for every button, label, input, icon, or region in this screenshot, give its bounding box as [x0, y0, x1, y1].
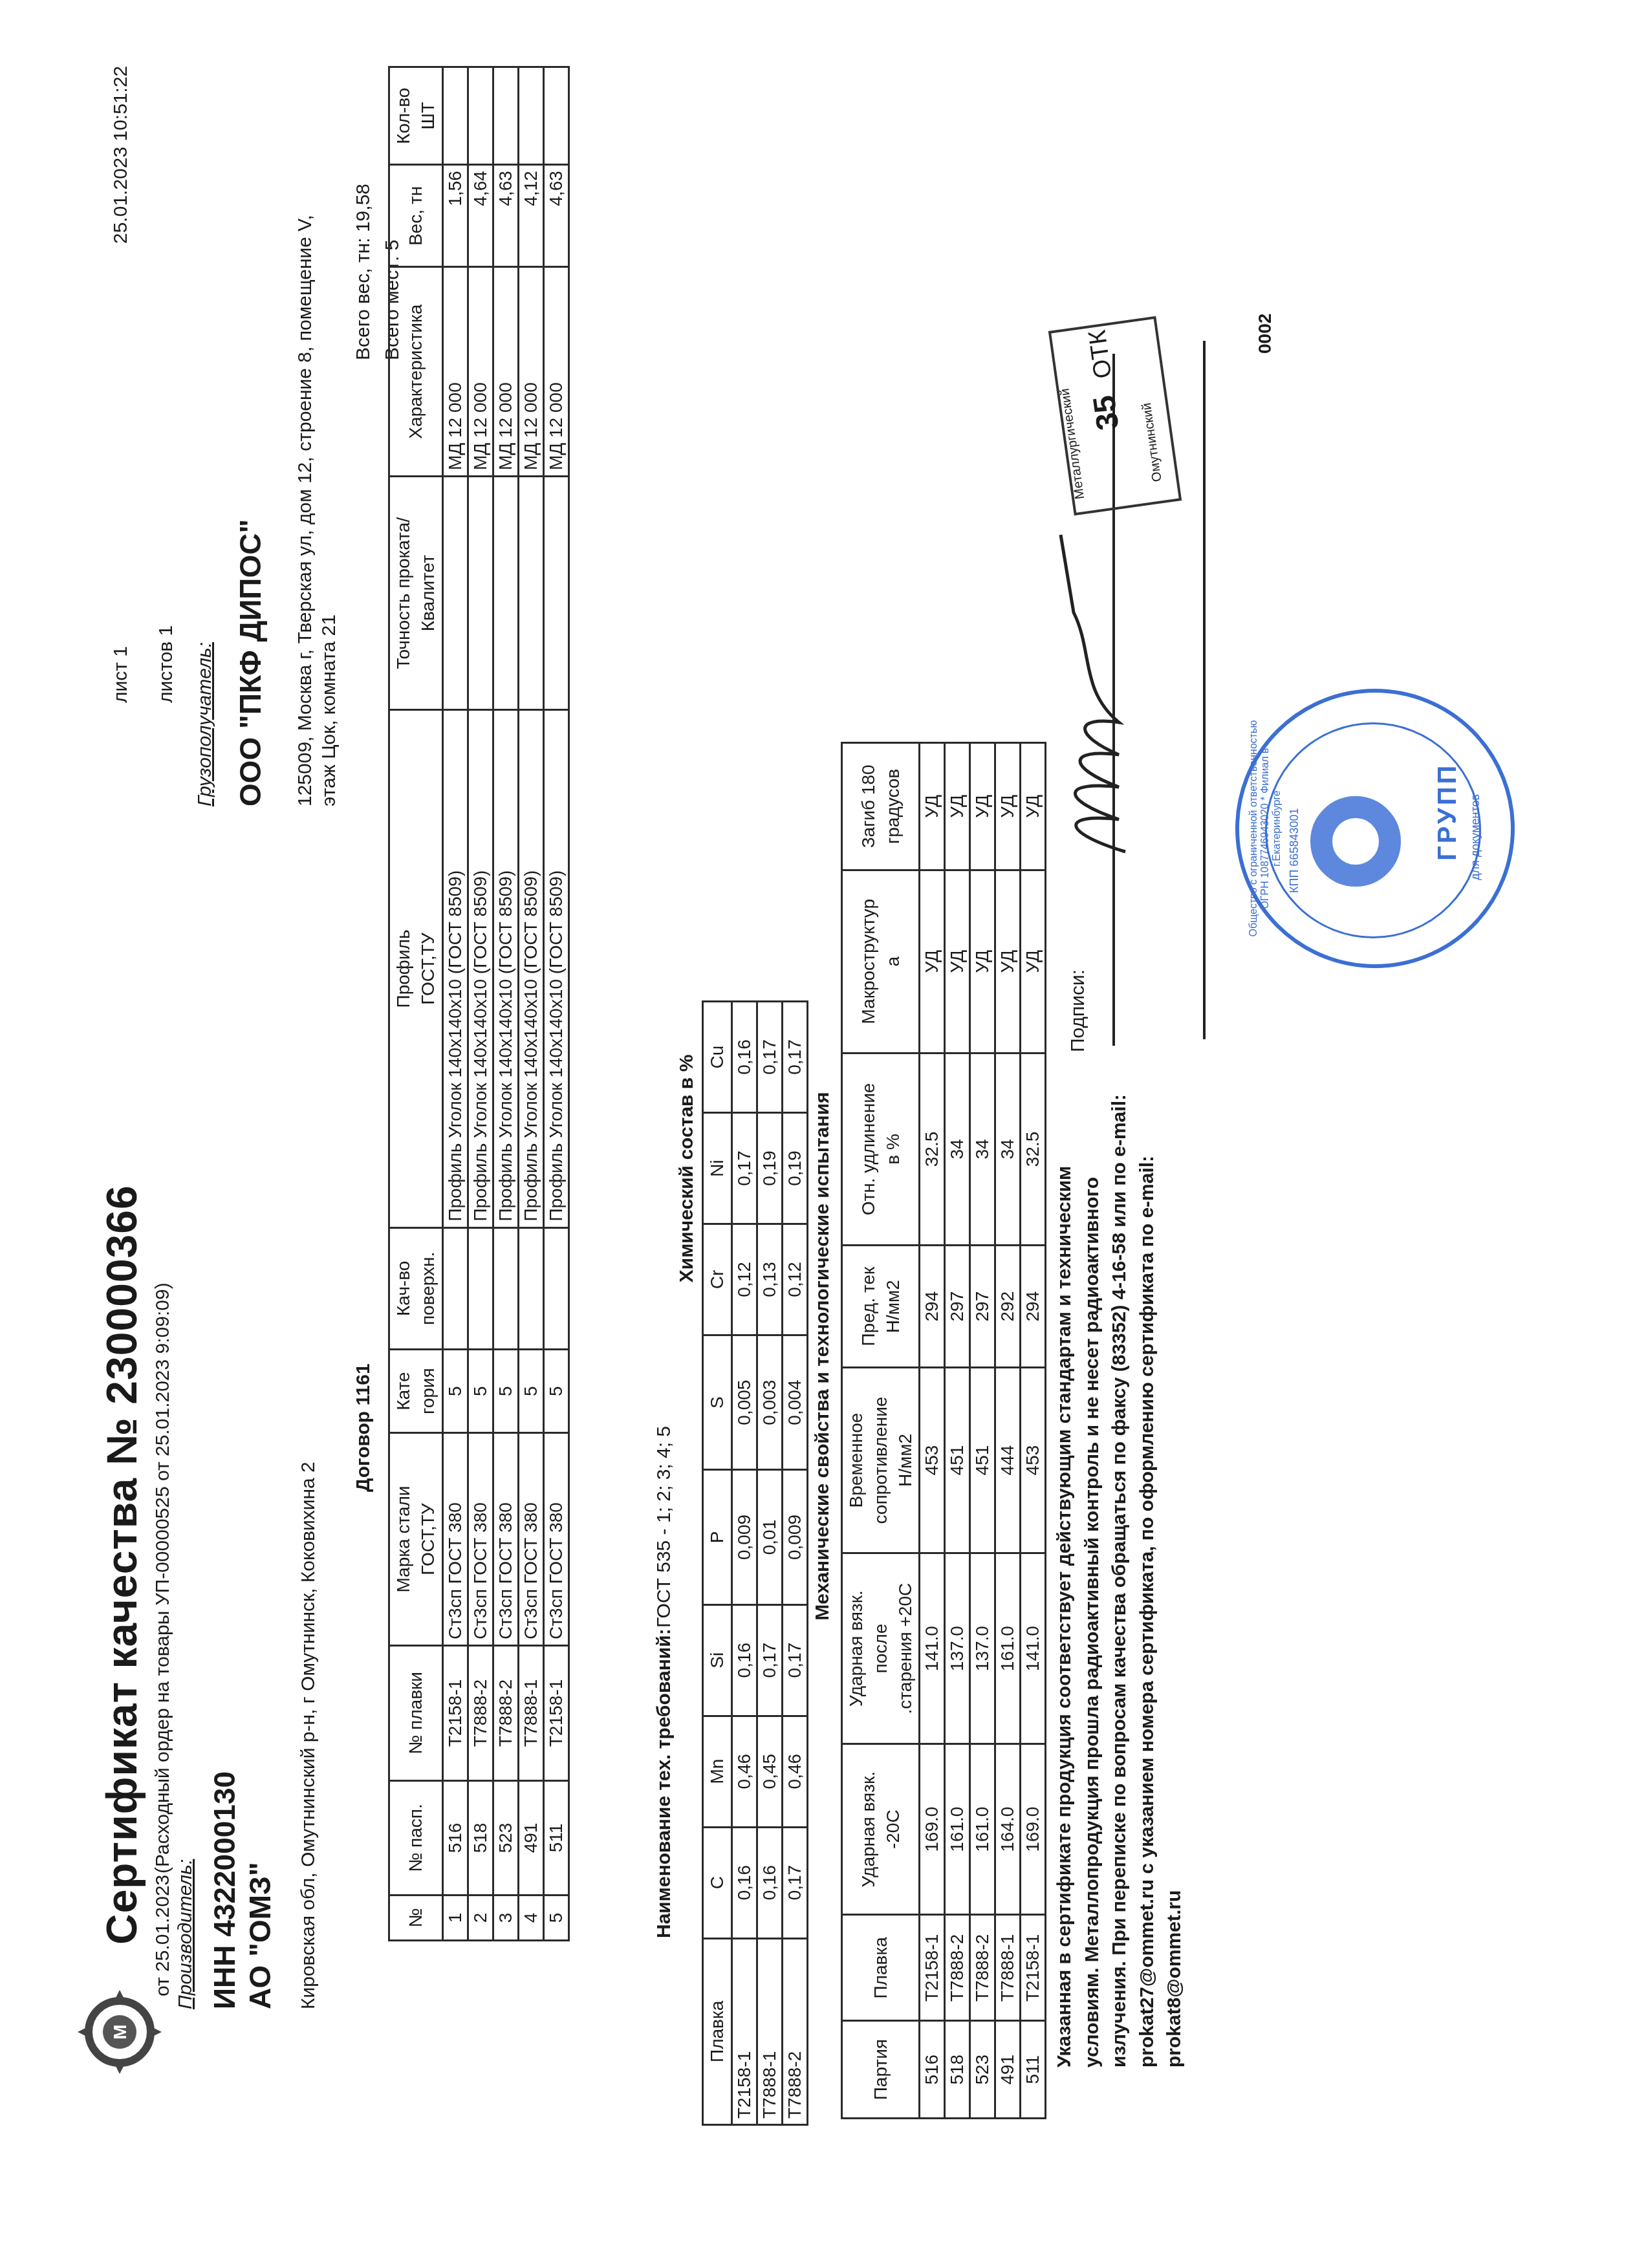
products-cell: 1: [442, 1895, 468, 1941]
mechanics-cell: 137.0: [945, 1553, 970, 1744]
products-cell: Профиль Уголок 140х140х10 (ГОСТ 8509): [543, 710, 568, 1227]
products-cell: 3: [493, 1895, 518, 1941]
chemistry-cell: 0,16: [757, 1827, 782, 1938]
mechanics-cell: 34: [970, 1053, 995, 1246]
mechanics-cell: УД: [995, 743, 1021, 870]
products-cell: 511: [543, 1780, 568, 1895]
signature-scribble: [1048, 522, 1145, 858]
consignee-address-1: 125009, Москва г, Тверская ул, дом 12, с…: [294, 215, 316, 806]
products-header-3: Марка сталиГОСТ,ТУ: [389, 1433, 443, 1646]
products-cell: 4,63: [493, 165, 518, 267]
chemistry-cell: 0,46: [731, 1716, 757, 1827]
products-cell: [442, 476, 468, 709]
table-row: Т7888-10,160,450,170,010,0030,130,190,17: [757, 1002, 782, 2125]
products-cell: Т7888-1: [518, 1645, 543, 1780]
products-header-6: ПрофильГОСТ,ТУ: [389, 710, 443, 1227]
chemistry-cell: 0,17: [757, 1002, 782, 1113]
products-cell: Ст3сп ГОСТ 380: [518, 1433, 543, 1646]
products-cell: 5: [493, 1350, 518, 1433]
products-cell: [468, 1227, 493, 1350]
products-header-2: № плавки: [389, 1645, 443, 1780]
mechanics-cell: 141.0: [1021, 1553, 1046, 1744]
chemistry-cell: 0,16: [731, 1604, 757, 1716]
mechanics-cell: 141.0: [920, 1553, 945, 1744]
mechanics-cell: 451: [970, 1367, 995, 1553]
chemistry-cell: 0,12: [782, 1224, 807, 1335]
products-header-10: Кол-воШТ: [389, 67, 443, 165]
mechanics-cell: 453: [1021, 1367, 1046, 1553]
chemistry-table: ПлавкаCMnSiPSCrNiCu Т2158-10,160,460,160…: [702, 1000, 808, 2126]
mechanics-header-2: Ударная вязк.-20С: [842, 1744, 920, 1915]
products-cell: [442, 1227, 468, 1350]
chemistry-cell: 0,17: [782, 1604, 807, 1716]
table-row: 3523Т7888-2Ст3сп ГОСТ 3805Профиль Уголок…: [493, 67, 518, 1941]
table-row: 516Т2158-1169.0141.045329432.5УДУД: [920, 743, 945, 2119]
products-cell: МД 12 000: [468, 267, 493, 477]
mechanics-cell: УД: [920, 870, 945, 1053]
mechanics-cell: 292: [995, 1246, 1021, 1368]
products-cell: 4,12: [518, 165, 543, 267]
products-cell: МД 12 000: [543, 267, 568, 477]
total-weight: Всего вес, тн: 19,58: [352, 184, 374, 360]
page-title: Сертификат качества № 230000366: [97, 1185, 146, 1945]
products-cell: 5: [543, 1350, 568, 1433]
products-cell: Профиль Уголок 140х140х10 (ГОСТ 8509): [493, 710, 518, 1227]
mechanics-cell: УД: [995, 870, 1021, 1053]
products-cell: Профиль Уголок 140х140х10 (ГОСТ 8509): [442, 710, 468, 1227]
chemistry-header-6: Cr: [703, 1224, 732, 1335]
otk-stamp: Металлургический 35 ОТК Омутнинский: [1048, 316, 1182, 516]
mechanics-cell: 161.0: [995, 1553, 1021, 1744]
mechanics-cell: 161.0: [970, 1744, 995, 1915]
products-cell: Т7888-2: [468, 1645, 493, 1780]
chemistry-header-7: Ni: [703, 1113, 732, 1224]
chemistry-cell: Т7888-2: [782, 1938, 807, 2124]
products-cell: 491: [518, 1780, 543, 1895]
tech-req-label: Наименование тех. требований:: [653, 1628, 675, 1938]
mechanics-cell: 297: [970, 1246, 995, 1368]
products-table: №№ пасп.№ плавкиМарка сталиГОСТ,ТУКатего…: [388, 66, 570, 1941]
products-cell: [543, 1227, 568, 1350]
mechanics-cell: УД: [970, 870, 995, 1053]
mechanics-cell: 32.5: [920, 1053, 945, 1246]
products-cell: Ст3сп ГОСТ 380: [442, 1433, 468, 1646]
mechanics-cell: 491: [995, 2021, 1021, 2119]
products-cell: Ст3сп ГОСТ 380: [493, 1433, 518, 1646]
mechanics-table: ПартияПлавкаУдарная вязк.-20СУдарная вяз…: [841, 742, 1046, 2119]
products-cell: 2: [468, 1895, 493, 1941]
chemistry-header-5: S: [703, 1335, 732, 1469]
products-cell: 5: [543, 1895, 568, 1941]
products-cell: Ст3сп ГОСТ 380: [543, 1433, 568, 1646]
document-subtitle: (Расходный ордер на товары УП-00000525 о…: [152, 1282, 174, 1874]
chemistry-cell: 0,17: [731, 1113, 757, 1224]
producer-name: АО "ОМЗ": [243, 1862, 277, 2009]
mechanics-cell: Т2158-1: [920, 1915, 945, 2021]
chemistry-cell: 0,12: [731, 1224, 757, 1335]
footer-line-1: Указанная в сертификате продукция соотве…: [1051, 1094, 1079, 2068]
products-cell: МД 12 000: [442, 267, 468, 477]
chemistry-cell: 0,009: [731, 1470, 757, 1604]
products-cell: Т2158-1: [543, 1645, 568, 1780]
chemistry-cell: 0,16: [731, 1827, 757, 1938]
mechanics-cell: УД: [970, 743, 995, 870]
products-cell: 1,56: [442, 165, 468, 267]
mechanics-cell: 518: [945, 2021, 970, 2119]
products-cell: МД 12 000: [493, 267, 518, 477]
producer-inn: ИНН 4322000130: [207, 1771, 242, 2009]
chemistry-cell: 0,004: [782, 1335, 807, 1469]
chemistry-header-4: P: [703, 1470, 732, 1604]
company-logo-icon: [1310, 796, 1401, 887]
mechanics-cell: 161.0: [945, 1744, 970, 1915]
products-cell: 5: [518, 1350, 543, 1433]
mechanics-header-3: Ударная вязк.после.старения +20С: [842, 1553, 920, 1744]
products-header-5: Кач-воповерхн.: [389, 1227, 443, 1350]
products-cell: 4: [518, 1895, 543, 1941]
chemistry-header-1: C: [703, 1827, 732, 1938]
products-header-0: №: [389, 1895, 443, 1941]
products-header-9: Вес, тн: [389, 165, 443, 267]
mechanics-cell: Т7888-2: [945, 1915, 970, 2021]
mechanics-header-8: Загиб 180градусов: [842, 743, 920, 870]
footer-line-4: prokat27@ommet.ru с указанием номера сер…: [1134, 1094, 1162, 2068]
products-cell: [493, 1227, 518, 1350]
chemistry-title: Химический состав в %: [676, 716, 698, 1621]
products-cell: 4,63: [543, 165, 568, 267]
mechanics-cell: 297: [945, 1246, 970, 1368]
products-cell: 516: [442, 1780, 468, 1895]
products-cell: [468, 67, 493, 165]
products-header-4: Категория: [389, 1350, 443, 1433]
mechanics-cell: 169.0: [920, 1744, 945, 1915]
chemistry-cell: 0,009: [782, 1470, 807, 1604]
mechanics-header-7: Макроструктура: [842, 870, 920, 1053]
chemistry-header-0: Плавка: [703, 1938, 732, 2124]
mechanics-cell: 516: [920, 2021, 945, 2119]
products-cell: Профиль Уголок 140х140х10 (ГОСТ 8509): [518, 710, 543, 1227]
producer-label: Производитель:: [175, 1859, 197, 2009]
products-cell: Т7888-2: [493, 1645, 518, 1780]
mechanics-cell: Т7888-2: [970, 1915, 995, 2021]
chemistry-cell: 0,005: [731, 1335, 757, 1469]
chemistry-cell: 0,17: [782, 1002, 807, 1113]
products-cell: [543, 67, 568, 165]
producer-address: Кировская обл, Омутнинский р-н, г Омутни…: [298, 1462, 319, 2009]
mechanics-cell: 164.0: [995, 1744, 1021, 1915]
mechanics-cell: УД: [1021, 870, 1046, 1053]
chemistry-cell: 0,19: [782, 1113, 807, 1224]
mechanics-cell: 169.0: [1021, 1744, 1046, 1915]
mechanics-cell: УД: [945, 743, 970, 870]
chemistry-cell: 0,003: [757, 1335, 782, 1469]
chemistry-cell: 0,17: [757, 1604, 782, 1716]
products-cell: Профиль Уголок 140х140х10 (ГОСТ 8509): [468, 710, 493, 1227]
products-cell: Т2158-1: [442, 1645, 468, 1780]
chemistry-cell: 0,01: [757, 1470, 782, 1604]
signature-line-2: [1203, 341, 1206, 1039]
table-row: Т2158-10,160,460,160,0090,0050,120,170,1…: [731, 1002, 757, 2125]
chemistry-cell: 0,16: [731, 1002, 757, 1113]
tech-req-value: ГОСТ 535 - 1; 2; 3; 4; 5: [653, 1426, 675, 1628]
products-cell: [493, 67, 518, 165]
from-date: от 25.01.2023: [152, 1875, 174, 1996]
products-cell: [442, 67, 468, 165]
mechanics-header-4: ВременноесопротивлениеН/мм2: [842, 1367, 920, 1553]
certificate-page: M Сертификат качества № 230000366 от 25.…: [0, 0, 1635, 2268]
chemistry-cell: 0,46: [782, 1716, 807, 1827]
contract-number: Договор 1161: [352, 1363, 374, 1492]
table-row: 4491Т7888-1Ст3сп ГОСТ 3805Профиль Уголок…: [518, 67, 543, 1941]
signatures-label: Подписи:: [1067, 969, 1089, 1052]
consignee-address-2: этаж Цок, комната 21: [318, 614, 340, 806]
table-row: 523Т7888-2161.0137.045129734УДУД: [970, 743, 995, 2119]
products-cell: [518, 67, 543, 165]
footer-line-2: условиям. Металлопродукция прошла радиоа…: [1079, 1094, 1107, 2068]
chemistry-cell: 0,17: [782, 1827, 807, 1938]
sheet-number: лист 1: [110, 646, 132, 703]
table-row: Т7888-20,170,460,170,0090,0040,120,190,1…: [782, 1002, 807, 2125]
mechanics-cell: 294: [1021, 1246, 1046, 1368]
company-stamp: ГРУПП Общество с ограниченной ответствен…: [1235, 689, 1515, 968]
products-header-7: Точность проката/Квалитет: [389, 476, 443, 709]
chemistry-cell: 0,13: [757, 1224, 782, 1335]
mechanics-cell: 523: [970, 2021, 995, 2119]
mechanics-cell: 444: [995, 1367, 1021, 1553]
products-cell: [518, 476, 543, 709]
mechanics-cell: 453: [920, 1367, 945, 1553]
products-cell: [543, 476, 568, 709]
mechanics-cell: 34: [995, 1053, 1021, 1246]
mechanics-cell: Т2158-1: [1021, 1915, 1046, 2021]
mechanics-header-6: Отн. удлинениев %: [842, 1053, 920, 1246]
mechanics-cell: Т7888-1: [995, 1915, 1021, 2021]
products-cell: 5: [468, 1350, 493, 1433]
table-row: 518Т7888-2161.0137.045129734УДУД: [945, 743, 970, 2119]
consignee-name: ООО "ПКФ ДИПОС": [233, 519, 268, 806]
mechanics-header-5: Пред. текН/мм2: [842, 1246, 920, 1368]
footer-line-3: излучения. При переписке по вопросам кач…: [1106, 1094, 1134, 2068]
mechanics-cell: 34: [945, 1053, 970, 1246]
omz-logo-icon: M: [78, 1990, 162, 2074]
mechanics-cell: 451: [945, 1367, 970, 1553]
mechanics-header-1: Плавка: [842, 1915, 920, 2021]
consignee-label: Грузополучатель:: [194, 642, 216, 806]
products-header-1: № пасп.: [389, 1780, 443, 1895]
mechanics-cell: УД: [945, 870, 970, 1053]
products-cell: [493, 476, 518, 709]
chemistry-header-3: Si: [703, 1604, 732, 1716]
products-cell: [518, 1227, 543, 1350]
chemistry-cell: Т7888-1: [757, 1938, 782, 2124]
footer-line-5: prokat8@ommet.ru: [1161, 1094, 1189, 2068]
mechanics-title: Механические свойства и технологические …: [812, 806, 834, 1906]
mechanics-header-0: Партия: [842, 2021, 920, 2119]
mechanics-cell: 511: [1021, 2021, 1046, 2119]
mechanics-cell: 137.0: [970, 1553, 995, 1744]
sheets-total: листов 1: [155, 625, 177, 703]
mechanics-cell: 32.5: [1021, 1053, 1046, 1246]
timestamp: 25.01.2023 10:51:22: [110, 66, 132, 244]
chemistry-cell: Т2158-1: [731, 1938, 757, 2124]
chemistry-header-8: Cu: [703, 1002, 732, 1113]
mechanics-cell: УД: [920, 743, 945, 870]
table-row: 491Т7888-1164.0161.044429234УДУД: [995, 743, 1021, 2119]
mechanics-cell: УД: [1021, 743, 1046, 870]
products-cell: 4,64: [468, 165, 493, 267]
products-cell: 523: [493, 1780, 518, 1895]
svg-text:M: M: [110, 2024, 130, 2039]
chemistry-cell: 0,45: [757, 1716, 782, 1827]
table-row: 511Т2158-1169.0141.045329432.5УДУД: [1021, 743, 1046, 2119]
table-row: 5511Т2158-1Ст3сп ГОСТ 3805Профиль Уголок…: [543, 67, 568, 1941]
footer-note: Указанная в сертификате продукция соотве…: [1051, 1094, 1189, 2068]
chemistry-header-2: Mn: [703, 1716, 732, 1827]
products-cell: [468, 476, 493, 709]
products-header-8: Характеристика: [389, 267, 443, 477]
table-row: 2518Т7888-2Ст3сп ГОСТ 3805Профиль Уголок…: [468, 67, 493, 1941]
products-cell: 5: [442, 1350, 468, 1433]
products-cell: 518: [468, 1780, 493, 1895]
products-cell: МД 12 000: [518, 267, 543, 477]
table-row: 1516Т2158-1Ст3сп ГОСТ 3805Профиль Уголок…: [442, 67, 468, 1941]
otk-code: 0002: [1255, 314, 1275, 354]
mechanics-cell: 294: [920, 1246, 945, 1368]
products-cell: Ст3сп ГОСТ 380: [468, 1433, 493, 1646]
chemistry-cell: 0,19: [757, 1113, 782, 1224]
